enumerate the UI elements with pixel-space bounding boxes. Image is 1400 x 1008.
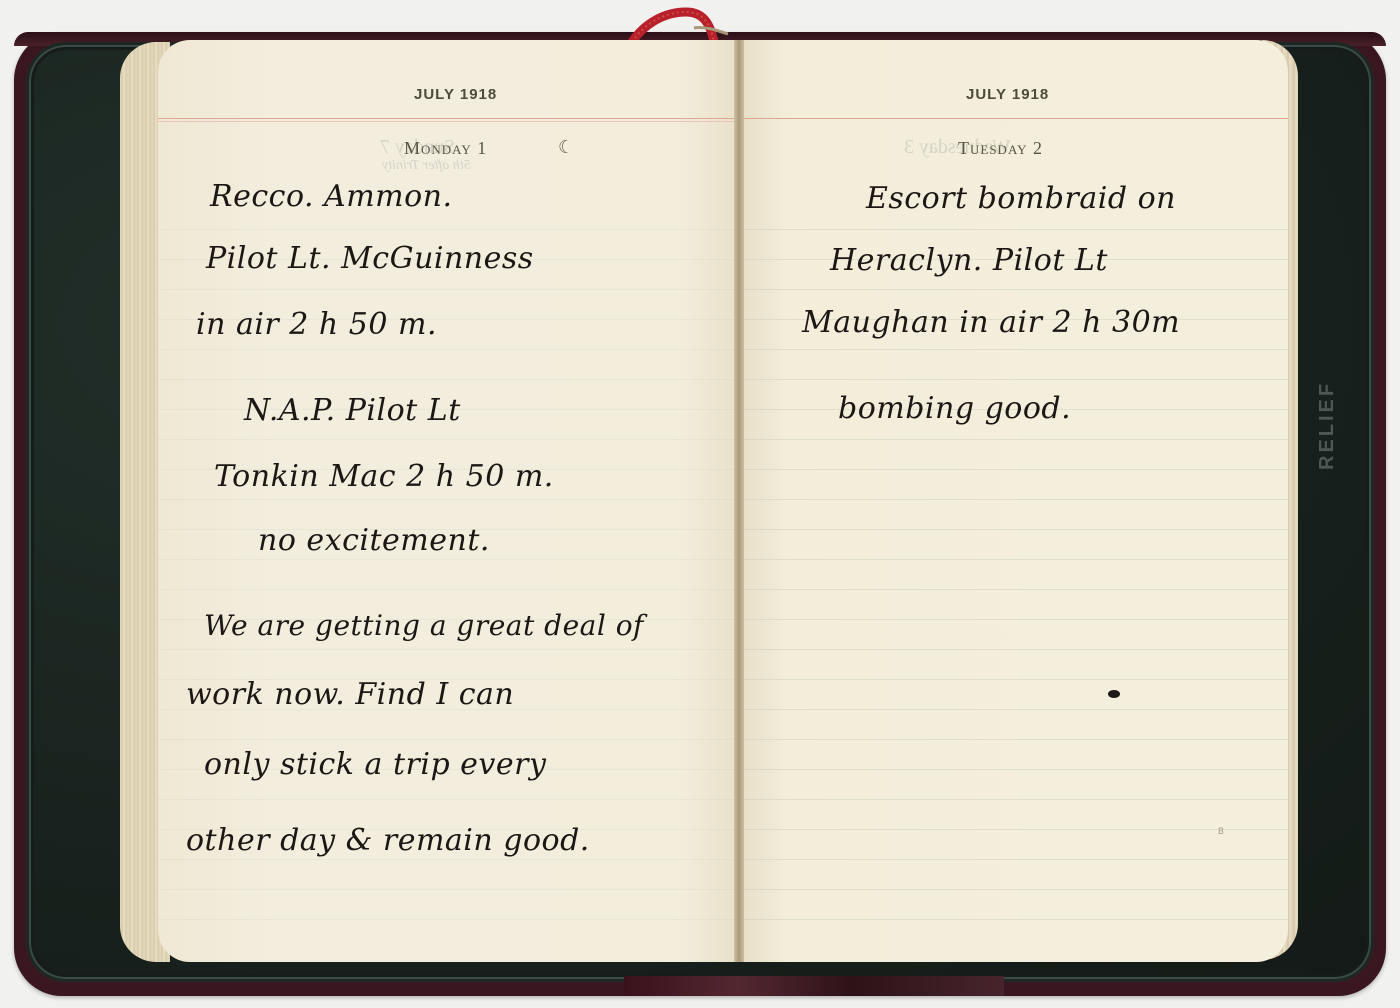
handwritten-line: Escort bombraid on (866, 184, 1176, 214)
page-mark: B (1218, 826, 1224, 836)
handwritten-line: Pilot Lt. McGuinness (206, 244, 534, 274)
bookmark-ribbon-icon[interactable] (624, 4, 734, 44)
handwritten-line: in air 2 h 50 m. (196, 310, 437, 340)
handwritten-line: Recco. Ammon. (210, 182, 453, 212)
handwritten-line: Maughan in air 2 h 30m (802, 308, 1180, 338)
month-header: JULY 1918 (966, 86, 1049, 103)
handwritten-line: work now. Find I can (186, 680, 514, 710)
handwritten-line: Heraclyn. Pilot Lt (830, 246, 1108, 276)
bleed-through-text: Wednesday 3 (904, 136, 1011, 159)
bleed-through-text: Sunday 7 (380, 136, 455, 159)
handwritten-line: Tonkin Mac 2 h 50 m. (214, 462, 554, 492)
book-gutter (734, 40, 744, 962)
right-page[interactable]: JULY 1918 Tuesday 2 Wednesday 3 (744, 40, 1288, 962)
handwritten-line: no excitement. (258, 526, 490, 556)
cover-stamp: RELIEF (1316, 381, 1339, 470)
handwritten-line: other day & remain good. (186, 826, 590, 856)
spine-bottom (624, 976, 1004, 996)
handwritten-line: We are getting a great deal of (204, 612, 644, 640)
handwritten-line: bombing good. (838, 394, 1071, 424)
ink-blot (1108, 690, 1120, 698)
handwritten-line: only stick a trip every (204, 750, 546, 780)
header-rule (158, 118, 736, 119)
month-header: JULY 1918 (414, 86, 497, 103)
moon-phase-icon: ☾ (558, 137, 574, 158)
bleed-through-text: 5th after Trinity (382, 158, 471, 174)
header-rule (744, 118, 1288, 119)
header-rule-second (158, 121, 736, 122)
handwritten-line: N.A.P. Pilot Lt (244, 396, 461, 426)
